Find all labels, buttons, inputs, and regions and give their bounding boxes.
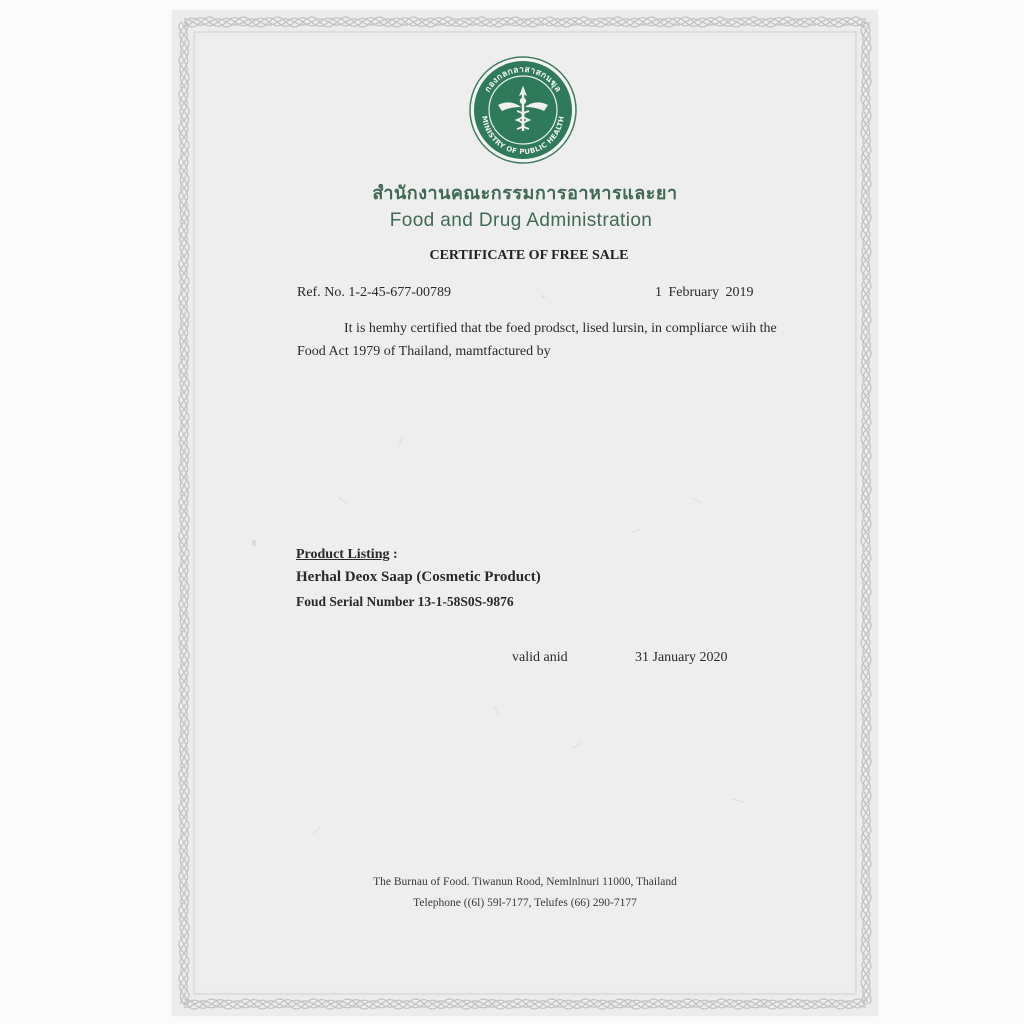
certificate-title: CERTIFICATE OF FREE SALE [172,248,886,264]
product-listing-colon: : [389,547,397,562]
valid-until-label: valid anid [512,650,568,666]
agency-title: Food and Drug Administration [172,210,870,232]
footer-telephone: Telephone ((6l) 59l-7177, Telufes (66) 2… [172,897,878,909]
product-listing-label: Product Listing : [296,547,398,563]
ministry-seal: กองกลกลาสาสกนฆุล MINISTRY OF PUBLIC HEAL… [468,55,578,165]
product-listing-heading: Product Listing [296,547,389,562]
paper-fiber [252,540,256,546]
certificate-sheet: กองกลกลาสาสกนฆุล MINISTRY OF PUBLIC HEAL… [172,10,878,1016]
thai-agency-title: สำนักงานคณะกรรมการอาหารและยา [172,178,878,207]
product-name: Herhal Deox Saap (Cosmetic Product) [296,569,541,586]
serial-number: Foud Serial Number 13-1-58S0S-9876 [296,594,514,610]
reference-number: Ref. No. 1-2-45-677-00789 [297,285,451,301]
certification-text-line-2: Food Act 1979 of Thailand, mamtfactured … [297,344,551,360]
paper-fiber [542,295,545,298]
issue-date: 1 February 2019 [655,285,754,301]
valid-until-date: 31 January 2020 [635,650,728,666]
footer-address: The Burnau of Food. Tiwanun Rood, Nemlnl… [172,876,878,888]
certification-text-line-1: It is hemhy certified that tbe foed prod… [344,321,777,337]
